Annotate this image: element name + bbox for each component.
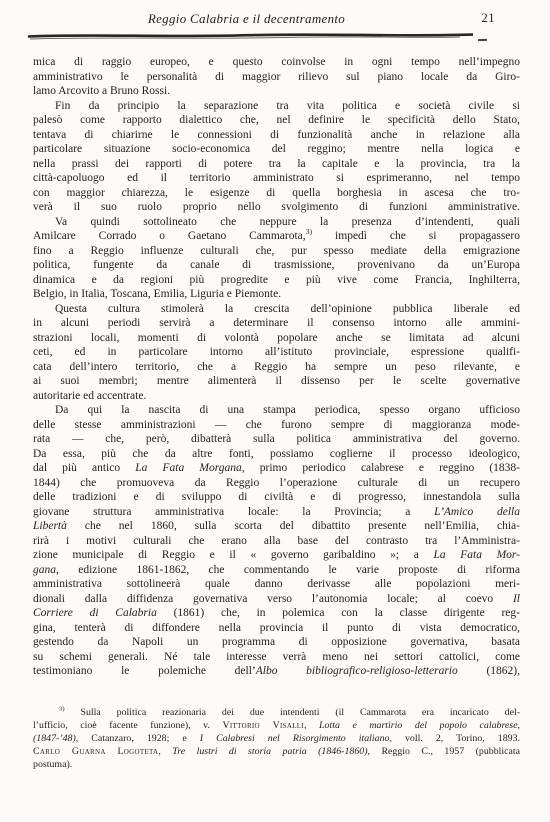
text-segment: dionali dalla diffidenza governativa ver… <box>33 593 513 605</box>
text-segment: testimoniano le polemiche dell’ <box>33 665 256 677</box>
text-line: su schemi generali. Né tale interesse ve… <box>33 650 520 665</box>
paragraph: Da qui la nascita di una stampa periodic… <box>33 403 520 679</box>
text-line: Da qui la nascita di una stampa periodic… <box>33 403 520 418</box>
text-segment: (1862), <box>458 665 520 677</box>
text-segment: (1847-’48) <box>33 733 76 744</box>
text-segment: Carlo Guarna Logoteta <box>33 746 158 757</box>
text-line: cata dell’intero territorio, che a Reggi… <box>33 360 520 375</box>
text-segment: giovane struttura amministrativa locale:… <box>33 506 434 518</box>
running-title: Reggio Calabria e il decentramento <box>83 11 410 27</box>
header-rule <box>28 30 473 42</box>
text-line: lamo Arcovito a Bruno Rossi. <box>33 84 520 99</box>
text-segment: su schemi generali. Né tale interesse ve… <box>33 651 520 663</box>
text-line: 3) Sulla politica reazionaria dei due in… <box>33 706 520 719</box>
text-line: gina, tenterà di diffondere nella provin… <box>33 621 520 636</box>
text-segment: mica di raggio europeo, e questo coinvol… <box>33 56 520 68</box>
text-line: giovane struttura amministrativa locale:… <box>33 505 520 520</box>
paragraph: mica di raggio europeo, e questo coinvol… <box>33 55 520 99</box>
text-line: amministrativo le personalità di maggior… <box>33 70 520 85</box>
text-line: rata — che, però, dibatterà sulla politi… <box>33 432 520 447</box>
text-segment: autoritarie ed accentrate. <box>33 390 146 402</box>
text-line: Carlo Guarna Logoteta, Tre lustri di sto… <box>33 745 520 758</box>
text-segment: L’Amico della <box>434 506 520 518</box>
paragraph: Va quindi sottolineato che neppure la pr… <box>33 215 520 302</box>
text-line: Va quindi sottolineato che neppure la pr… <box>33 215 520 230</box>
text-segment: , <box>304 720 319 731</box>
text-segment: I Calabresi nel Risorgimento italiano <box>200 733 390 744</box>
text-line: dionali dalla diffidenza governativa ver… <box>33 592 520 607</box>
text-segment: l’ufficio, cioè facente funzione), v. <box>33 720 223 731</box>
text-line: ai suoi membri; mentre alimenterà il dis… <box>33 374 520 389</box>
page-header: Reggio Calabria e il decentramento 21 <box>33 11 520 33</box>
text-segment: Tre lustri di storia patria (1846-1860) <box>172 746 367 757</box>
text-segment: , voll. 2, Torino, 1893. <box>389 733 520 744</box>
text-line: amministrativa sottolineerà quale danno … <box>33 577 520 592</box>
text-line: Corriere di Calabria (1861) che, in pole… <box>33 606 520 621</box>
text-segment: dinamica e da regioni più progredite e p… <box>33 274 520 286</box>
footnote: 3) Sulla politica reazionaria dei due in… <box>33 706 520 771</box>
text-line: gana, edizione 1861-1862, che commentand… <box>33 563 520 578</box>
text-segment: , <box>158 746 172 757</box>
text-line: (1847-’48), Catanzaro, 1928; e I Calabre… <box>33 732 520 745</box>
text-segment: Belgio, in Italia, Toscana, Emilia, Ligu… <box>33 288 281 300</box>
text-line: Da essa, più che da altre fonti, possiam… <box>33 447 520 462</box>
text-segment: Albo bibliografico-religioso-letterario <box>256 665 458 677</box>
text-line: dal più antico La Fata Morgana, primo pe… <box>33 461 520 476</box>
text-line: con maggior chiarezza, le esigenze di qu… <box>33 186 520 201</box>
text-segment: La Fata Morgana <box>135 462 242 474</box>
paragraph: Questa cultura stimolerà la crescita del… <box>33 302 520 404</box>
text-segment: cata dell’intero territorio, che a Reggi… <box>33 361 520 373</box>
text-segment: rirà i motivi culturali che erano alla b… <box>33 535 520 547</box>
text-segment: rata — che, però, dibatterà sulla politi… <box>33 433 520 445</box>
text-line: città-capoluogo ed il territorio amminis… <box>33 171 520 186</box>
text-segment: Lotta e martirio del popolo calabrese, <box>319 720 520 731</box>
text-line: strazioni locali, momenti di volontà pop… <box>33 331 520 346</box>
text-line: zione municipale di Reggio e il « govern… <box>33 548 520 563</box>
scanned-book-page: Reggio Calabria e il decentramento 21 mi… <box>0 0 550 822</box>
text-segment: Da essa, più che da altre fonti, possiam… <box>33 448 520 460</box>
text-segment: Questa cultura stimolerà la crescita del… <box>55 303 520 315</box>
text-line: Fin da principio la separazione tra vita… <box>33 99 520 114</box>
text-line: autoritarie ed accentrate. <box>33 389 520 404</box>
text-line: testimoniano le polemiche dell’Albo bibl… <box>33 664 520 679</box>
text-segment: Va quindi sottolineato che neppure la pr… <box>55 216 520 228</box>
text-line: in alcuni periodi servirà a determinare … <box>33 316 520 331</box>
text-segment: particolare situazione socio-economica d… <box>33 143 520 155</box>
text-segment: , Reggio C., 1957 (pubblicata <box>368 746 521 757</box>
text-line: l’ufficio, cioè facente funzione), v. Vi… <box>33 719 520 732</box>
text-segment: , primo periodico calabrese e reggino (1… <box>242 462 520 474</box>
text-segment: amministrativo le personalità di maggior… <box>33 71 520 83</box>
text-segment: amministrativa sottolineerà quale danno … <box>33 578 520 590</box>
text-line: fino a Reggio influenze culturali che, p… <box>33 244 520 259</box>
text-segment: , Catanzaro, 1928; e <box>76 733 200 744</box>
text-segment: gestendo da Napoli un programma di oppos… <box>33 636 520 648</box>
text-segment: lamo Arcovito a Bruno Rossi. <box>33 85 170 97</box>
page-number: 21 <box>482 11 496 26</box>
text-line: rirà i motivi culturali che erano alla b… <box>33 534 520 549</box>
text-segment: ceti, ed in particolare intorno all’isti… <box>33 346 520 358</box>
text-line: palesò come rapporto dialettico che, nel… <box>33 113 520 128</box>
text-segment: in alcuni periodi servirà a determinare … <box>33 317 520 329</box>
text-line: postuma). <box>33 758 520 771</box>
text-segment: gina, tenterà di diffondere nella provin… <box>33 622 520 634</box>
text-segment: Da qui la nascita di una stampa periodic… <box>55 404 520 416</box>
text-segment: con maggior chiarezza, le esigenze di qu… <box>33 187 520 199</box>
text-line: verà il suo ruolo proprio nello svolgime… <box>33 200 520 215</box>
text-segment: Amilcare Corrado o Gaetano Cammarota, <box>33 230 306 242</box>
text-segment: città-capoluogo ed il territorio amminis… <box>33 172 520 184</box>
text-segment: postuma). <box>33 759 72 770</box>
text-segment: La Fata Mor- <box>433 549 520 561</box>
text-segment: Sulla politica reazionaria dei due inten… <box>65 707 520 718</box>
text-segment: (1861) che, in polemica con la classe di… <box>157 607 520 619</box>
paragraph: 3) Sulla politica reazionaria dei due in… <box>33 706 520 771</box>
text-segment: dal più antico <box>33 462 135 474</box>
text-line: Libertà che nel 1860, sulla scorta del d… <box>33 519 520 534</box>
text-line: Questa cultura stimolerà la crescita del… <box>33 302 520 317</box>
page-number-underline <box>478 39 487 41</box>
text-segment: Vittorio Visalli <box>223 720 304 731</box>
text-segment: strazioni locali, momenti di volontà pop… <box>33 332 520 344</box>
text-segment: zione municipale di Reggio e il « govern… <box>33 549 433 561</box>
text-line: tentava di chiarirne le connessioni di f… <box>33 128 520 143</box>
text-line: 1844) che promuoveva da Reggio l’operazi… <box>33 476 520 491</box>
text-segment: ai suoi membri; mentre alimenterà il dis… <box>33 375 520 387</box>
paragraph: Fin da principio la separazione tra vita… <box>33 99 520 215</box>
text-line: politica, fungente da canale di trasmiss… <box>33 258 520 273</box>
text-segment: impedì che si propagassero <box>312 230 520 242</box>
text-segment: politica, fungente da canale di trasmiss… <box>33 259 520 271</box>
text-segment: Corriere di Calabria <box>33 607 157 619</box>
text-segment: 1844) che promuoveva da Reggio l’operazi… <box>33 477 520 489</box>
text-segment: Il <box>513 593 520 605</box>
text-line: delle stesse amministrazioni — che furon… <box>33 418 520 433</box>
text-line: particolare situazione socio-economica d… <box>33 142 520 157</box>
text-line: nella prassi dei rapporti di potere tra … <box>33 157 520 172</box>
text-line: Belgio, in Italia, Toscana, Emilia, Ligu… <box>33 287 520 302</box>
text-segment: delle stesse amministrazioni — che furon… <box>33 419 520 431</box>
text-segment: , edizione 1861-1862, che commentando le… <box>56 564 520 576</box>
text-segment: gana <box>33 564 56 576</box>
body-text: mica di raggio europeo, e questo coinvol… <box>33 55 520 679</box>
text-segment: tentava di chiarirne le connessioni di f… <box>33 129 520 141</box>
text-segment: verà il suo ruolo proprio nello svolgime… <box>33 201 520 213</box>
text-line: delle tradizioni e di sviluppo di civilt… <box>33 490 520 505</box>
text-segment: palesò come rapporto dialettico che, nel… <box>33 114 520 126</box>
text-segment: che nel 1860, sulla scorta del dibattito… <box>67 520 520 532</box>
text-segment: delle tradizioni e di sviluppo di civilt… <box>33 491 520 503</box>
text-line: gestendo da Napoli un programma di oppos… <box>33 635 520 650</box>
text-line: ceti, ed in particolare intorno all’isti… <box>33 345 520 360</box>
text-segment: Libertà <box>33 520 67 532</box>
text-line: Amilcare Corrado o Gaetano Cammarota,3) … <box>33 229 520 244</box>
text-segment: Fin da principio la separazione tra vita… <box>55 100 520 112</box>
text-segment: fino a Reggio influenze culturali che, p… <box>33 245 520 257</box>
text-segment: nella prassi dei rapporti di potere tra … <box>33 158 520 170</box>
text-line: dinamica e da regioni più progredite e p… <box>33 273 520 288</box>
text-line: mica di raggio europeo, e questo coinvol… <box>33 55 520 70</box>
